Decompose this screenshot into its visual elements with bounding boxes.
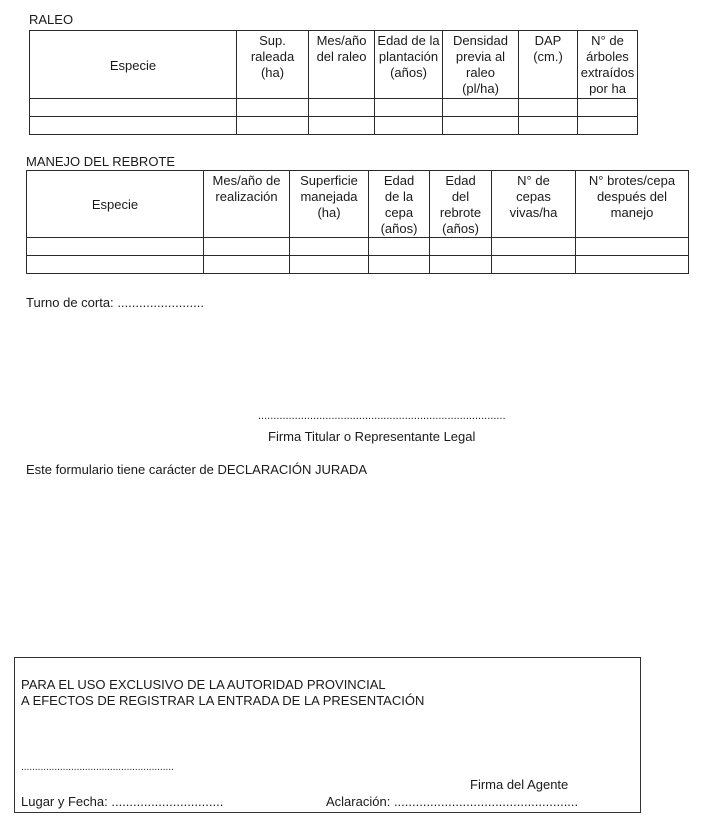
aclaracion-field[interactable]: Aclaración: ............................… xyxy=(326,794,578,809)
raleo-col-header: DAP (cm.) xyxy=(519,31,578,99)
raleo-header-row: EspecieSup. raleada (ha)Mes/año del rale… xyxy=(30,31,638,99)
lugar-fecha-field[interactable]: Lugar y Fecha: .........................… xyxy=(21,794,223,809)
raleo-cell[interactable] xyxy=(237,99,309,117)
raleo-col-header: Mes/año del raleo xyxy=(309,31,375,99)
rebrote-cell[interactable] xyxy=(492,256,576,274)
lugar-fecha-dots: ............................... xyxy=(111,794,223,809)
turno-dots: ........................ xyxy=(117,295,204,310)
rebrote-cell[interactable] xyxy=(369,256,430,274)
raleo-cell[interactable] xyxy=(30,99,237,117)
rebrote-cell[interactable] xyxy=(576,256,689,274)
raleo-cell[interactable] xyxy=(309,117,375,135)
raleo-col-header: Densidad previa al raleo (pl/ha) xyxy=(443,31,519,99)
raleo-cell[interactable] xyxy=(443,99,519,117)
rebrote-cell[interactable] xyxy=(27,238,204,256)
declaracion-jurada-text: Este formulario tiene carácter de DECLAR… xyxy=(26,462,367,477)
table-row xyxy=(27,238,689,256)
table-row xyxy=(27,256,689,274)
raleo-cell[interactable] xyxy=(375,117,443,135)
turno-de-corta-field[interactable]: Turno de corta: ........................ xyxy=(26,295,204,310)
autoridad-line-2: A EFECTOS DE REGISTRAR LA ENTRADA DE LA … xyxy=(21,693,424,708)
raleo-col-header: Especie xyxy=(30,31,237,99)
raleo-cell[interactable] xyxy=(30,117,237,135)
rebrote-col-header: N° brotes/cepa después del manejo xyxy=(576,171,689,238)
firma-agente-label: Firma del Agente xyxy=(470,777,568,792)
rebrote-header-row: EspecieMes/año de realizaciónSuperficie … xyxy=(27,171,689,238)
lugar-fecha-label: Lugar y Fecha: xyxy=(21,794,108,809)
raleo-col-header: N° de árboles extraídos por ha xyxy=(578,31,638,99)
raleo-cell[interactable] xyxy=(578,99,638,117)
raleo-cell[interactable] xyxy=(519,117,578,135)
firma-titular-line[interactable]: ........................................… xyxy=(258,410,506,422)
raleo-col-header: Sup. raleada (ha) xyxy=(237,31,309,99)
table-row xyxy=(30,99,638,117)
rebrote-cell[interactable] xyxy=(290,238,369,256)
firma-titular-label: Firma Titular o Representante Legal xyxy=(268,429,475,444)
firma-agente-line[interactable]: ........................................… xyxy=(21,762,174,773)
autoridad-line-1: PARA EL USO EXCLUSIVO DE LA AUTORIDAD PR… xyxy=(21,677,386,692)
raleo-cell[interactable] xyxy=(578,117,638,135)
table-row xyxy=(30,117,638,135)
raleo-cell[interactable] xyxy=(375,99,443,117)
rebrote-cell[interactable] xyxy=(204,256,290,274)
rebrote-cell[interactable] xyxy=(27,256,204,274)
rebrote-cell[interactable] xyxy=(576,238,689,256)
rebrote-col-header: N° de cepas vivas/ha xyxy=(492,171,576,238)
rebrote-cell[interactable] xyxy=(369,238,430,256)
raleo-cell[interactable] xyxy=(443,117,519,135)
rebrote-cell[interactable] xyxy=(290,256,369,274)
rebrote-col-header: Edad del rebrote (años) xyxy=(430,171,492,238)
turno-label: Turno de corta: xyxy=(26,295,114,310)
rebrote-cell[interactable] xyxy=(492,238,576,256)
rebrote-col-header: Superficie manejada (ha) xyxy=(290,171,369,238)
rebrote-cell[interactable] xyxy=(204,238,290,256)
rebrote-col-header: Especie xyxy=(27,171,204,238)
raleo-table: EspecieSup. raleada (ha)Mes/año del rale… xyxy=(29,30,638,135)
rebrote-col-header: Mes/año de realización xyxy=(204,171,290,238)
rebrote-title: MANEJO DEL REBROTE xyxy=(26,154,175,169)
rebrote-col-header: Edad de la cepa (años) xyxy=(369,171,430,238)
rebrote-table: EspecieMes/año de realizaciónSuperficie … xyxy=(26,170,689,274)
rebrote-cell[interactable] xyxy=(430,238,492,256)
aclaracion-dots: ........................................… xyxy=(394,794,578,809)
raleo-title: RALEO xyxy=(29,12,73,27)
raleo-cell[interactable] xyxy=(237,117,309,135)
aclaracion-label: Aclaración: xyxy=(326,794,390,809)
rebrote-cell[interactable] xyxy=(430,256,492,274)
raleo-cell[interactable] xyxy=(519,99,578,117)
raleo-col-header: Edad de la plantación (años) xyxy=(375,31,443,99)
raleo-cell[interactable] xyxy=(309,99,375,117)
